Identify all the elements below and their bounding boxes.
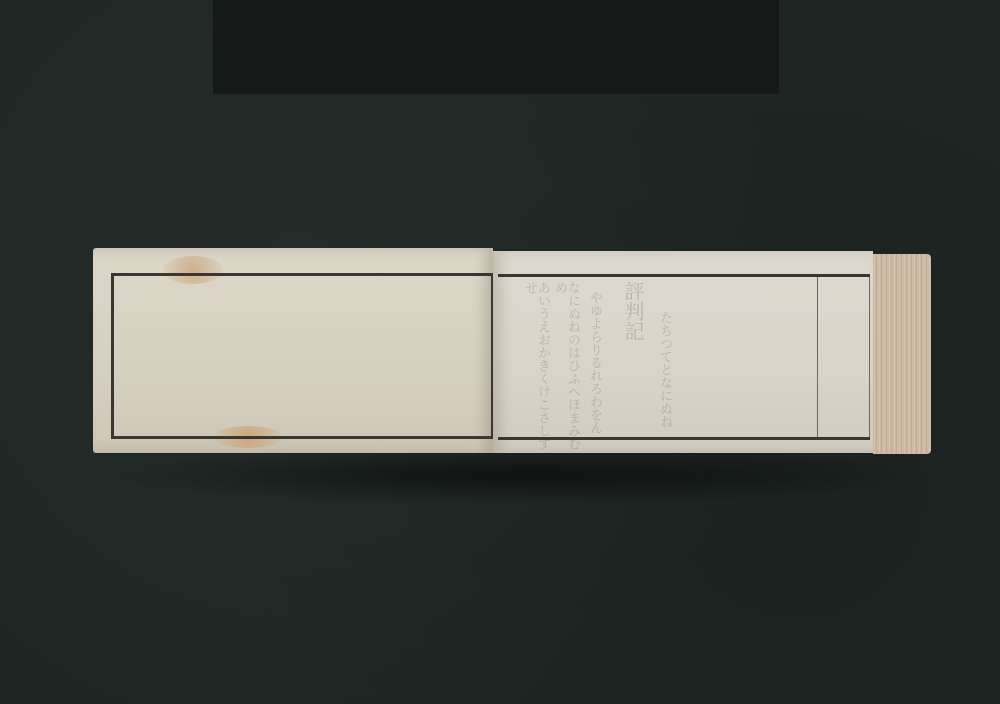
kyoto-booksellers-label	[190, 282, 214, 312]
color-calibration-chart	[213, 0, 779, 94]
open-book: あいうえおかきくけこさしすせ なにぬねのはひふへほまみむめ やゆよらりるれろわを…	[93, 248, 933, 458]
main-text-frame	[498, 274, 870, 440]
edo-booksellers-label	[130, 282, 154, 312]
column-rule	[869, 277, 870, 437]
page-edges	[873, 254, 931, 454]
colophon-frame	[111, 273, 494, 439]
column-rule	[817, 277, 818, 437]
left-page	[93, 248, 493, 453]
